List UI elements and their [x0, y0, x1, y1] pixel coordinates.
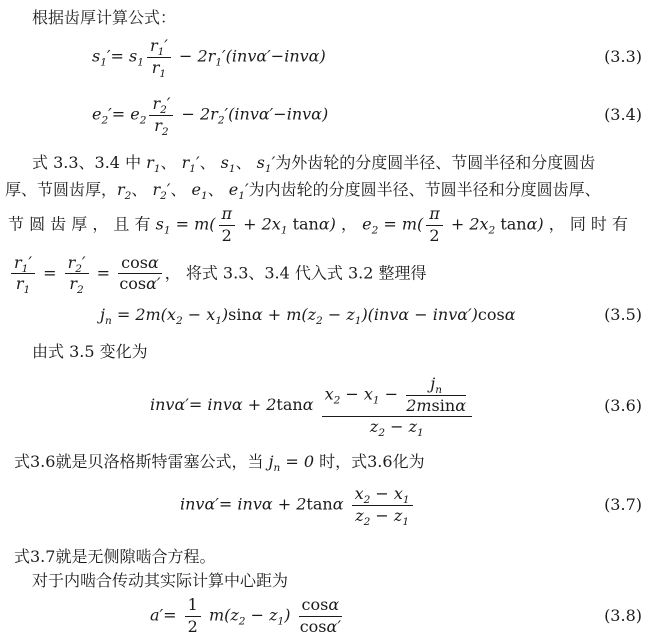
- fraction: x2 − x1 − jn2msinαz2 − z1: [322, 375, 472, 436]
- math-run: − x: [370, 484, 403, 503]
- fraction-denominator: r1: [11, 274, 35, 293]
- intro-line: 根据齿厚计算公式：: [0, 0, 650, 28]
- text-run: 节 圆 齿 厚 ， 且 有: [8, 215, 156, 234]
- text-run: 2: [188, 617, 198, 636]
- math-run: α): [527, 215, 544, 234]
- fraction-numerator: π: [219, 205, 236, 225]
- math-run: + 2x: [446, 215, 489, 234]
- ratio-chain-line: r1′r1 = r2′r2 = cosαcosα′， 将式 3.3、3.4 代入…: [0, 247, 650, 300]
- math-run: ′: [28, 253, 32, 272]
- math-run: invα′= invα + 2: [180, 495, 306, 514]
- fraction-numerator: π: [426, 205, 443, 225]
- equation-3-6-note-text: 式3.6就是贝洛格斯特雷塞公式，当 jn = 0 时，式3.6化为: [14, 450, 425, 473]
- fraction-denominator: 2: [185, 617, 201, 636]
- ratio-chain-text: r1′r1 = r2′r2 = cosαcosα′， 将式 3.3、3.4 代入…: [8, 254, 427, 294]
- fraction-denominator: r1: [147, 58, 171, 77]
- math-run: s: [92, 47, 100, 66]
- derive-note-text: 由式 3.5 变化为: [32, 340, 148, 363]
- fraction: r1′r1: [11, 254, 35, 294]
- text-run: 1: [188, 595, 198, 614]
- paragraph-line-1: 式 3.3、3.4 中 r1、 r1′、 s1、 s1′为外齿轮的分度圆半径、节…: [0, 149, 650, 176]
- equation-3-7-formula: invα′= invα + 2tanα x2 − x1z2 − z1: [180, 485, 416, 525]
- fraction-denominator: z2 − z1: [322, 417, 472, 436]
- paragraph-line-2-text: 厚、节圆齿厚，r2、 r2′、 e1、 e1′为内齿轮的分度圆半径、节圆半径和分…: [5, 178, 601, 201]
- text-run: tan: [495, 215, 526, 234]
- fraction-denominator: z2 − z1: [352, 506, 413, 525]
- fraction-denominator: 2: [219, 226, 236, 245]
- math-run: − z: [385, 417, 417, 436]
- math-run: ′: [167, 94, 171, 113]
- math-run: )(invα − invα′): [361, 305, 477, 324]
- subscript: 1: [215, 57, 222, 69]
- math-run: s: [257, 153, 265, 172]
- text-run: ， 同 时 有: [544, 215, 628, 234]
- math-run: α: [505, 305, 516, 324]
- text-run: ，: [336, 215, 362, 234]
- subscript: 2: [316, 316, 323, 328]
- subscript: 2: [160, 190, 167, 202]
- subscript: 2: [160, 104, 167, 116]
- math-run: ′(invα′−invα): [225, 105, 329, 124]
- equation-3-7: invα′= invα + 2tanα x2 − x1z2 − z1 (3.7): [0, 475, 650, 535]
- equation-3-8: a′= 12 m(z2 − z1) cosαcosα′ (3.8): [0, 593, 650, 639]
- subscript: 2: [77, 284, 84, 296]
- subscript: 2: [378, 427, 385, 439]
- text-run: 由式 3.5 变化为: [32, 342, 148, 361]
- text-run: cos: [119, 274, 146, 293]
- subscript: 2: [162, 126, 169, 138]
- text-run: 对于内啮合传动其实际计算中心距为: [32, 571, 288, 590]
- math-run: z: [355, 506, 363, 525]
- fraction-numerator: r2′: [149, 95, 173, 115]
- math-run: − x: [340, 385, 373, 404]
- math-run: =: [92, 263, 116, 282]
- subscript: 1: [373, 395, 380, 407]
- fraction-numerator: 1: [185, 596, 201, 616]
- text-run: tan: [288, 215, 319, 234]
- subscript: n: [435, 385, 442, 397]
- math-run: α: [148, 253, 159, 272]
- math-run: ′= e: [108, 105, 140, 124]
- math-run: = 2m(x: [112, 305, 176, 324]
- subscript: 2: [75, 263, 82, 275]
- equation-3-7-note-text: 式3.7就是无侧隙啮合方程。: [14, 545, 215, 568]
- math-run: = m(: [378, 215, 423, 234]
- math-run: r: [69, 274, 77, 293]
- text-run: cos: [121, 253, 148, 272]
- equation-3-7-number: (3.7): [596, 493, 642, 516]
- fraction-denominator: r2: [65, 274, 89, 293]
- math-run: = 0: [280, 452, 319, 471]
- fraction-denominator: 2: [426, 226, 443, 245]
- equation-3-4-formula: e2′= e2r2′r2 − 2r2′(invα′−invα): [92, 95, 328, 135]
- paragraph-line-3-text: 节 圆 齿 厚 ， 且 有 s1 = m(π2 + 2x1 tanα) ， e2…: [8, 205, 628, 245]
- math-run: x: [355, 484, 364, 503]
- math-run: a′=: [150, 606, 182, 625]
- paragraph-line-2: 厚、节圆齿厚，r2、 r2′、 e1、 e1′为内齿轮的分度圆半径、节圆半径和分…: [0, 176, 650, 203]
- text-run: cos: [300, 617, 327, 636]
- math-run: r: [117, 180, 125, 199]
- document-page: 根据齿厚计算公式： s1′= s1r1′r1 − 2r1′(invα′−invα…: [0, 0, 650, 639]
- fraction: π2: [426, 205, 443, 245]
- fraction-numerator: cosα: [299, 596, 343, 616]
- subscript: 1: [417, 427, 424, 439]
- center-distance-note-line: 对于内啮合传动其实际计算中心距为: [0, 569, 650, 593]
- math-run: π: [429, 204, 440, 223]
- equation-3-6: invα′= invα + 2tanα x2 − x1 − jn2msinαz2…: [0, 364, 650, 448]
- math-run: π: [222, 204, 233, 223]
- math-run: α: [333, 495, 349, 514]
- math-run: s: [221, 153, 229, 172]
- fraction-numerator: cosα: [118, 254, 162, 274]
- paragraph-line-1-text: 式 3.3、3.4 中 r1、 r1′、 s1、 s1′为外齿轮的分度圆半径、节…: [32, 151, 595, 174]
- text-run: cos: [478, 305, 505, 324]
- subscript: 1: [402, 516, 409, 528]
- text-run: 厚、节圆齿厚，: [5, 180, 117, 199]
- fraction: r2′r2: [65, 254, 89, 294]
- math-run: invα′= invα + 2: [150, 396, 276, 415]
- equation-3-5-formula: jn = 2m(x2 − x1)sinα + m(z2 − z1)(invα −…: [100, 303, 516, 326]
- intro-text: 根据齿厚计算公式：: [32, 6, 176, 29]
- math-run: s: [156, 215, 164, 234]
- math-run: = m(: [171, 215, 216, 234]
- fraction-numerator: r1′: [11, 254, 35, 274]
- math-run: + 2x: [238, 215, 281, 234]
- fraction: x2 − x1z2 − z1: [352, 485, 413, 525]
- text-run: 2: [429, 226, 439, 245]
- equation-3-6-formula: invα′= invα + 2tanα x2 − x1 − jn2msinαz2…: [150, 375, 475, 436]
- subscript: 1: [215, 316, 222, 328]
- text-run: 、: [170, 180, 191, 199]
- math-run: r: [14, 253, 22, 272]
- subscript: n: [105, 316, 112, 328]
- text-run: 、: [161, 153, 182, 172]
- math-run: α + m(z: [252, 305, 316, 324]
- math-run: ′: [164, 36, 168, 55]
- math-run: r: [146, 153, 154, 172]
- equation-3-4: e2′= e2r2′r2 − 2r2′(invα′−invα) (3.4): [0, 86, 650, 144]
- fraction: jn2msinα: [406, 375, 466, 415]
- subscript: 1: [189, 163, 196, 175]
- math-run: α′: [146, 274, 160, 293]
- fraction-numerator: r1′: [147, 37, 171, 57]
- math-run: −: [380, 385, 404, 404]
- subscript: 2: [140, 115, 147, 127]
- equation-3-5-number: (3.5): [596, 303, 642, 326]
- text-run: 式3.7就是无侧隙啮合方程。: [14, 547, 215, 566]
- text-run: 、: [131, 180, 152, 199]
- equation-3-5: jn = 2m(x2 − x1)sinα + m(z2 − z1)(invα −…: [0, 300, 650, 330]
- equation-3-7-note-line: 式3.7就是无侧隙啮合方程。: [0, 544, 650, 569]
- text-run: 时，式3.6化为: [319, 452, 424, 471]
- math-run: x: [325, 385, 334, 404]
- text-run: cos: [302, 595, 329, 614]
- math-run: ): [284, 606, 295, 625]
- fraction-numerator: jn: [406, 375, 466, 395]
- subscript: 2: [176, 316, 183, 328]
- text-run: sin: [432, 396, 456, 415]
- math-run: =: [38, 263, 62, 282]
- text-run: 式3.6就是贝洛格斯特雷塞公式，当: [14, 452, 269, 471]
- text-run: tan: [306, 495, 332, 514]
- math-run: − z: [323, 305, 355, 324]
- text-run: 根据齿厚计算公式：: [32, 8, 176, 27]
- fraction: r1′r1: [147, 37, 171, 77]
- subscript: 1: [281, 225, 288, 237]
- fraction: r2′r2: [149, 95, 173, 135]
- subscript: 1: [23, 284, 30, 296]
- equation-3-6-note-line: 式3.6就是贝洛格斯特雷塞公式，当 jn = 0 时，式3.6化为: [0, 448, 650, 475]
- math-run: α): [319, 215, 336, 234]
- equation-3-6-number: (3.6): [596, 394, 642, 417]
- equation-3-4-number: (3.4): [596, 103, 642, 126]
- fraction-denominator: cosα′: [299, 617, 343, 636]
- subscript: 2: [218, 115, 225, 127]
- text-run: 、: [236, 153, 257, 172]
- subscript: 1: [100, 57, 107, 69]
- fraction-denominator: r2: [149, 116, 173, 135]
- subscript: 1: [229, 163, 236, 175]
- text-run: 式 3.3、3.4 中: [32, 153, 146, 172]
- text-run: 为外齿轮的分度圆半径、节圆半径和分度圆齿: [275, 153, 595, 172]
- math-run: α: [303, 396, 319, 415]
- math-run: α′: [327, 617, 341, 636]
- math-run: − 2r: [174, 47, 215, 66]
- fraction-denominator: 2msinα: [406, 396, 466, 415]
- math-run: − z: [245, 606, 277, 625]
- math-run: m(z: [204, 606, 239, 625]
- subscript: 1: [154, 163, 161, 175]
- subscript: 1: [201, 190, 208, 202]
- subscript: 1: [159, 68, 166, 80]
- math-run: r: [150, 36, 158, 55]
- math-run: α: [455, 396, 466, 415]
- paragraph-line-3: 节 圆 齿 厚 ， 且 有 s1 = m(π2 + 2x1 tanα) ， e2…: [0, 203, 650, 247]
- math-run: ′: [82, 253, 86, 272]
- subscript: 1: [238, 190, 245, 202]
- subscript: 1: [164, 225, 171, 237]
- math-run: r: [152, 180, 160, 199]
- math-run: 2m: [406, 396, 431, 415]
- text-run: 2: [222, 226, 232, 245]
- equation-3-3-number: (3.3): [596, 45, 642, 68]
- math-run: ′= s: [107, 47, 137, 66]
- equation-3-3-formula: s1′= s1r1′r1 − 2r1′(invα′−invα): [92, 37, 326, 77]
- fraction-numerator: x2 − x1: [352, 485, 413, 505]
- fraction: π2: [219, 205, 236, 245]
- fraction-denominator: cosα′: [118, 274, 162, 293]
- text-run: ， 将式 3.3、3.4 代入式 3.2 整理得: [165, 263, 427, 282]
- text-run: 、: [200, 153, 221, 172]
- math-run: α: [328, 595, 339, 614]
- subscript: 1: [403, 494, 410, 506]
- math-run: − x: [183, 305, 216, 324]
- math-run: r: [154, 116, 162, 135]
- subscript: 1: [265, 163, 272, 175]
- fraction: cosαcosα′: [118, 254, 162, 294]
- fraction-numerator: x2 − x1 − jn2msinα: [322, 375, 472, 417]
- math-run: ′(invα′−invα): [222, 47, 326, 66]
- fraction: 12: [185, 596, 201, 636]
- equation-3-8-formula: a′= 12 m(z2 − z1) cosαcosα′: [150, 596, 345, 636]
- math-run: − 2r: [176, 105, 217, 124]
- math-run: e: [362, 215, 371, 234]
- derive-note-line: 由式 3.5 变化为: [0, 339, 650, 364]
- text-run: 为内齿轮的分度圆半径、节圆半径和分度圆齿厚、: [249, 180, 601, 199]
- equation-3-8-number: (3.8): [596, 604, 642, 627]
- text-run: sin: [228, 305, 252, 324]
- fraction: cosαcosα′: [299, 596, 343, 636]
- center-distance-note-text: 对于内啮合传动其实际计算中心距为: [32, 569, 288, 592]
- subscript: 1: [137, 57, 144, 69]
- math-run: r: [152, 94, 160, 113]
- math-run: e: [229, 180, 238, 199]
- equation-3-3: s1′= s1r1′r1 − 2r1′(invα′−invα) (3.3): [0, 28, 650, 86]
- text-run: 、: [208, 180, 229, 199]
- text-run: tan: [276, 396, 302, 415]
- math-run: e: [192, 180, 201, 199]
- fraction-numerator: r2′: [65, 254, 89, 274]
- math-run: − z: [370, 506, 402, 525]
